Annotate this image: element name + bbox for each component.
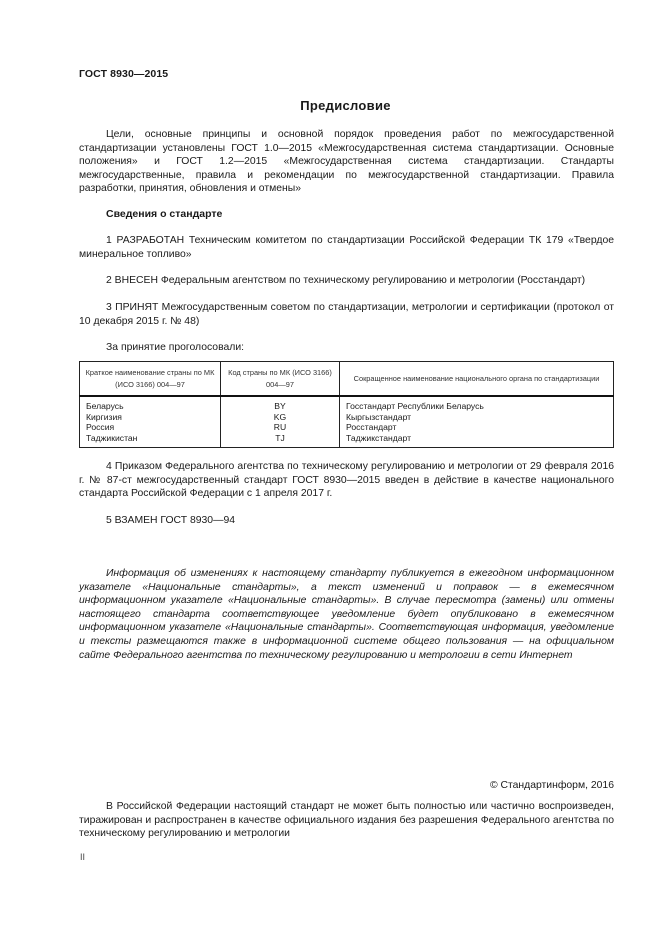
- document-code: ГОСТ 8930—2015: [79, 68, 168, 80]
- cell-code: TJ: [221, 433, 340, 448]
- cell-code: KG: [221, 412, 340, 423]
- cell-country: Беларусь: [80, 396, 221, 412]
- item-replaces: 5 ВЗАМЕН ГОСТ 8930—94: [79, 514, 614, 528]
- table-row: Таджикистан TJ Таджикстандарт: [80, 433, 614, 448]
- reproduction-notice: В Российской Федерации настоящий стандар…: [79, 800, 614, 841]
- header-country-code: Код страны по МК (ИСО 3166) 004—97: [221, 362, 340, 397]
- header-country-name: Краткое наименование страны по МК (ИСО 3…: [80, 362, 221, 397]
- info-notice: Информация об изменениях к настоящему ст…: [79, 567, 614, 662]
- item-adopted: 3 ПРИНЯТ Межгосударственным советом по с…: [79, 301, 614, 328]
- page-title: Предисловие: [0, 98, 661, 113]
- cell-country: Таджикистан: [80, 433, 221, 448]
- copyright-notice: © Стандартинформ, 2016: [490, 780, 614, 791]
- section-heading: Сведения о стандарте: [106, 208, 222, 220]
- item-developed: 1 РАЗРАБОТАН Техническим комитетом по ст…: [79, 234, 614, 261]
- cell-body: Кыргызстандарт: [340, 412, 614, 423]
- cell-code: BY: [221, 396, 340, 412]
- cell-body: Таджикстандарт: [340, 433, 614, 448]
- cell-country: Киргизия: [80, 412, 221, 423]
- cell-body: Росстандарт: [340, 422, 614, 433]
- cell-body: Госстандарт Республики Беларусь: [340, 396, 614, 412]
- cell-code: RU: [221, 422, 340, 433]
- item-submitted: 2 ВНЕСЕН Федеральным агентством по техни…: [79, 274, 614, 288]
- table-row: Киргизия KG Кыргызстандарт: [80, 412, 614, 423]
- item-enacted: 4 Приказом Федерального агентства по тех…: [79, 460, 614, 501]
- cell-country: Россия: [80, 422, 221, 433]
- page-number: II: [80, 852, 85, 862]
- header-standards-body: Сокращенное наименование национального о…: [340, 362, 614, 397]
- table-row: Беларусь BY Госстандарт Республики Белар…: [80, 396, 614, 412]
- voting-table: Краткое наименование страны по МК (ИСО 3…: [79, 361, 614, 448]
- voting-label: За принятие проголосовали:: [79, 341, 614, 355]
- table-header-row: Краткое наименование страны по МК (ИСО 3…: [80, 362, 614, 397]
- intro-paragraph: Цели, основные принципы и основной поряд…: [79, 128, 614, 196]
- table-row: Россия RU Росстандарт: [80, 422, 614, 433]
